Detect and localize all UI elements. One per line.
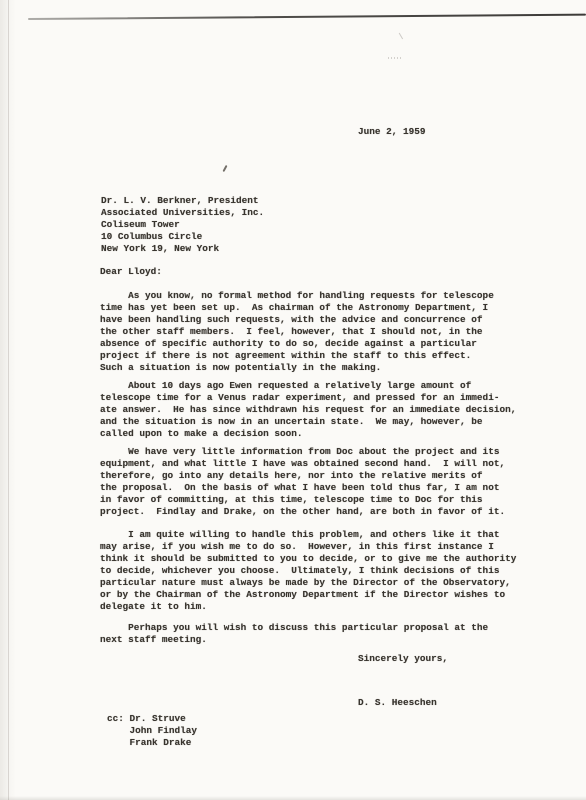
body-paragraph-5: Perhaps you will wish to discuss this pa… [100,622,488,646]
scan-speck [388,57,401,59]
body-paragraph-2: About 10 days ago Ewen requested a relat… [100,380,516,440]
body-paragraph-1: As you know, no formal method for handli… [100,290,494,374]
left-edge-scan-artifact [8,0,9,800]
body-paragraph-3: We have very little information from Doc… [100,446,505,518]
scanner-line-artifact [28,14,586,20]
salutation: Dear Lloyd: [100,266,162,278]
signature-name: D. S. Heeschen [358,697,437,709]
scanned-letter-page: June 2, 1959 Dr. L. V. Berkner, Presiden… [0,0,586,800]
stray-pen-mark [222,165,227,172]
cc-list: cc: Dr. Struve John Findlay Frank Drake [107,713,197,749]
closing-line: Sincerely yours, [358,653,448,665]
letter-date: June 2, 1959 [358,126,426,138]
recipient-address-block: Dr. L. V. Berkner, President Associated … [101,195,264,255]
scan-speck [399,30,409,40]
body-paragraph-4: I am quite willing to handle this proble… [100,529,516,613]
